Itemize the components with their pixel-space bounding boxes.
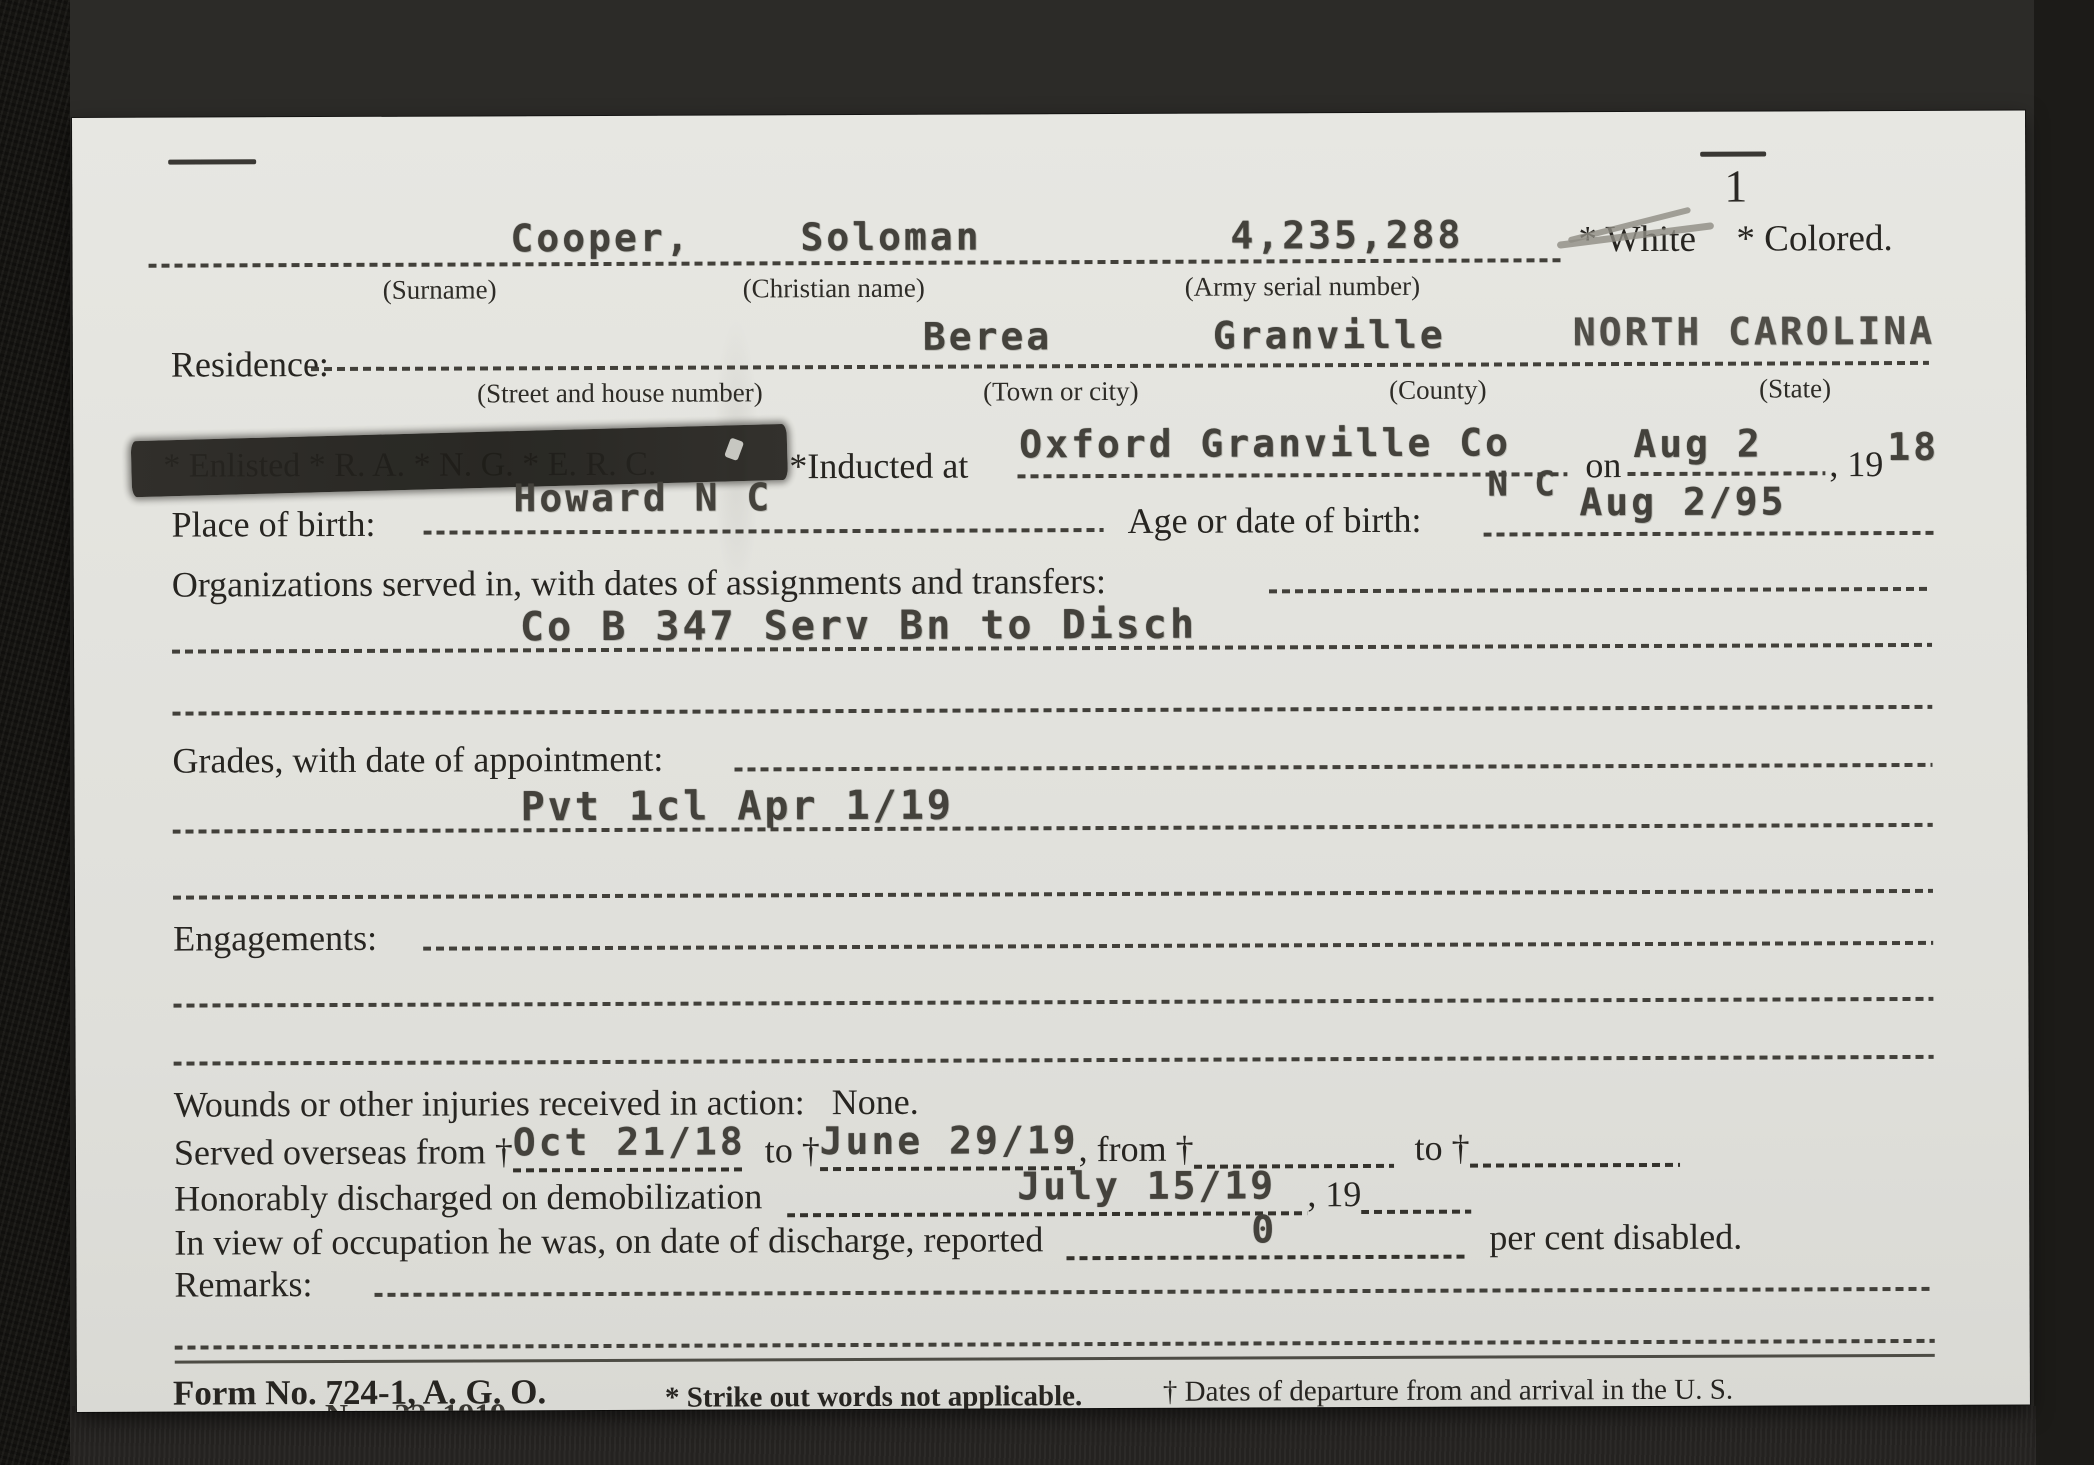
surname-value: Cooper, <box>510 216 691 261</box>
year-suffix-value: 18 <box>1887 425 1939 469</box>
grades-rule-2 <box>173 889 1933 900</box>
place-of-birth-value: Howard N C <box>513 475 772 520</box>
discharge-date-field: July 15/19 <box>787 1171 1307 1217</box>
birth-state-note: N C <box>1487 464 1558 504</box>
age-or-birthdate-label: Age or date of birth: <box>1127 499 1421 542</box>
induction-date-value: Aug 2 <box>1633 422 1763 466</box>
corner-dash-right <box>1700 151 1766 156</box>
closing-dashed-rule <box>175 1339 1935 1350</box>
residence-label: Residence: <box>171 343 329 386</box>
closing-solid-rule <box>175 1354 1935 1364</box>
discharge-date-value: July 15/19 <box>1017 1163 1276 1208</box>
year-prefix: , 19 <box>1829 443 1883 485</box>
state-caption: (State) <box>1759 373 1831 404</box>
grades-rule-1 <box>173 823 1933 834</box>
organizations-value: Co B 347 Serv Bn to Disch <box>520 602 1197 651</box>
residence-town-value: Berea <box>923 314 1053 358</box>
discharge-label: Honorably discharged on demobilization <box>174 1176 762 1218</box>
name-rule <box>149 258 1563 267</box>
christian-name-value: Soloman <box>800 215 981 260</box>
remarks-rule <box>375 1287 1935 1297</box>
engagements-rule-trailing <box>423 941 1933 951</box>
remarks-label: Remarks: <box>174 1263 312 1306</box>
scanned-page: 1 Cooper, Soloman 4,235,288 * White * Co… <box>0 0 2094 1465</box>
white-strikethrough-wrap: * White <box>1578 218 1696 261</box>
grades-label: Grades, with date of appointment: <box>172 738 663 782</box>
inducted-at-label: *Inducted at <box>789 445 968 488</box>
street-caption: (Street and house number) <box>477 377 763 409</box>
wounds-value: None. <box>832 1082 919 1122</box>
service-record-card: 1 Cooper, Soloman 4,235,288 * White * Co… <box>72 111 2030 1412</box>
disability-value-field: 0 <box>1066 1215 1466 1261</box>
surname-caption: (Surname) <box>383 274 497 305</box>
grades-rule-trailing <box>734 763 1932 772</box>
race-colored-option: * Colored. <box>1736 217 1892 261</box>
overseas-to2-field <box>1470 1149 1680 1168</box>
overseas-to1-value: June 29/19 <box>820 1118 1079 1163</box>
inducted-place-value: Oxford Granville Co <box>1019 420 1511 466</box>
organizations-rule-2 <box>172 705 1932 716</box>
corner-dash-left <box>168 159 256 164</box>
discharge-year-field <box>1361 1196 1471 1214</box>
form-date: Nov. 22, 1919 <box>325 1396 506 1412</box>
overseas-to-label: to † <box>765 1130 820 1170</box>
wounds-line: Wounds or other injuries received in act… <box>174 1081 919 1126</box>
film-edge-left <box>0 0 70 1465</box>
overseas-from1-field: Oct 21/18 <box>513 1127 746 1172</box>
induction-date-rule <box>1627 471 1825 476</box>
birthdate-rule <box>1484 531 1934 537</box>
race-white-option: * White <box>1578 218 1696 261</box>
serial-number-caption: (Army serial number) <box>1185 271 1421 303</box>
page-number: 1 <box>1724 160 1747 213</box>
overseas-line: Served overseas from †Oct 21/18 to †June… <box>174 1124 1680 1174</box>
town-caption: (Town or city) <box>983 376 1139 408</box>
organizations-label: Organizations served in, with dates of a… <box>172 560 1106 606</box>
discharge-year-prefix: , 19 <box>1307 1174 1361 1214</box>
engagements-label: Engagements: <box>173 917 377 960</box>
engagements-rule-2 <box>174 1055 1934 1066</box>
disability-line: In view of occupation he was, on date of… <box>174 1214 1742 1264</box>
grades-value: Pvt 1cl Apr 1/19 <box>521 783 954 831</box>
disability-value: 0 <box>1251 1207 1277 1251</box>
residence-rule <box>311 361 1929 371</box>
place-of-birth-label: Place of birth: <box>171 503 375 546</box>
county-caption: (County) <box>1389 375 1487 406</box>
overseas-label: Served overseas from † <box>174 1131 513 1172</box>
residence-county-value: Granville <box>1213 313 1446 358</box>
film-edge-right <box>2034 0 2094 1465</box>
engagements-rule-1 <box>173 997 1933 1008</box>
wounds-label: Wounds or other injuries received in act… <box>174 1082 805 1124</box>
overseas-from1-value: Oct 21/18 <box>513 1119 746 1164</box>
serial-number-value: 4,235,288 <box>1230 213 1463 258</box>
residence-state-value: NORTH CAROLINA <box>1573 309 1935 354</box>
disability-suffix: per cent disabled. <box>1489 1217 1742 1258</box>
christian-name-caption: (Christian name) <box>743 273 925 305</box>
birthdate-value: Aug 2/95 <box>1579 479 1786 524</box>
disability-label: In view of occupation he was, on date of… <box>174 1219 1043 1262</box>
inducted-place-rule <box>1017 472 1567 478</box>
organizations-rule-trailing <box>1269 587 1932 594</box>
overseas-to2-label: to † <box>1414 1128 1469 1168</box>
dagger-note: † Dates of departure from and arrival in… <box>1163 1374 1733 1409</box>
film-edge-bottom <box>70 1406 2036 1465</box>
redaction-notch <box>724 437 744 461</box>
strike-note: * Strike out words not applicable. <box>665 1380 1082 1412</box>
place-of-birth-rule <box>424 528 1104 535</box>
